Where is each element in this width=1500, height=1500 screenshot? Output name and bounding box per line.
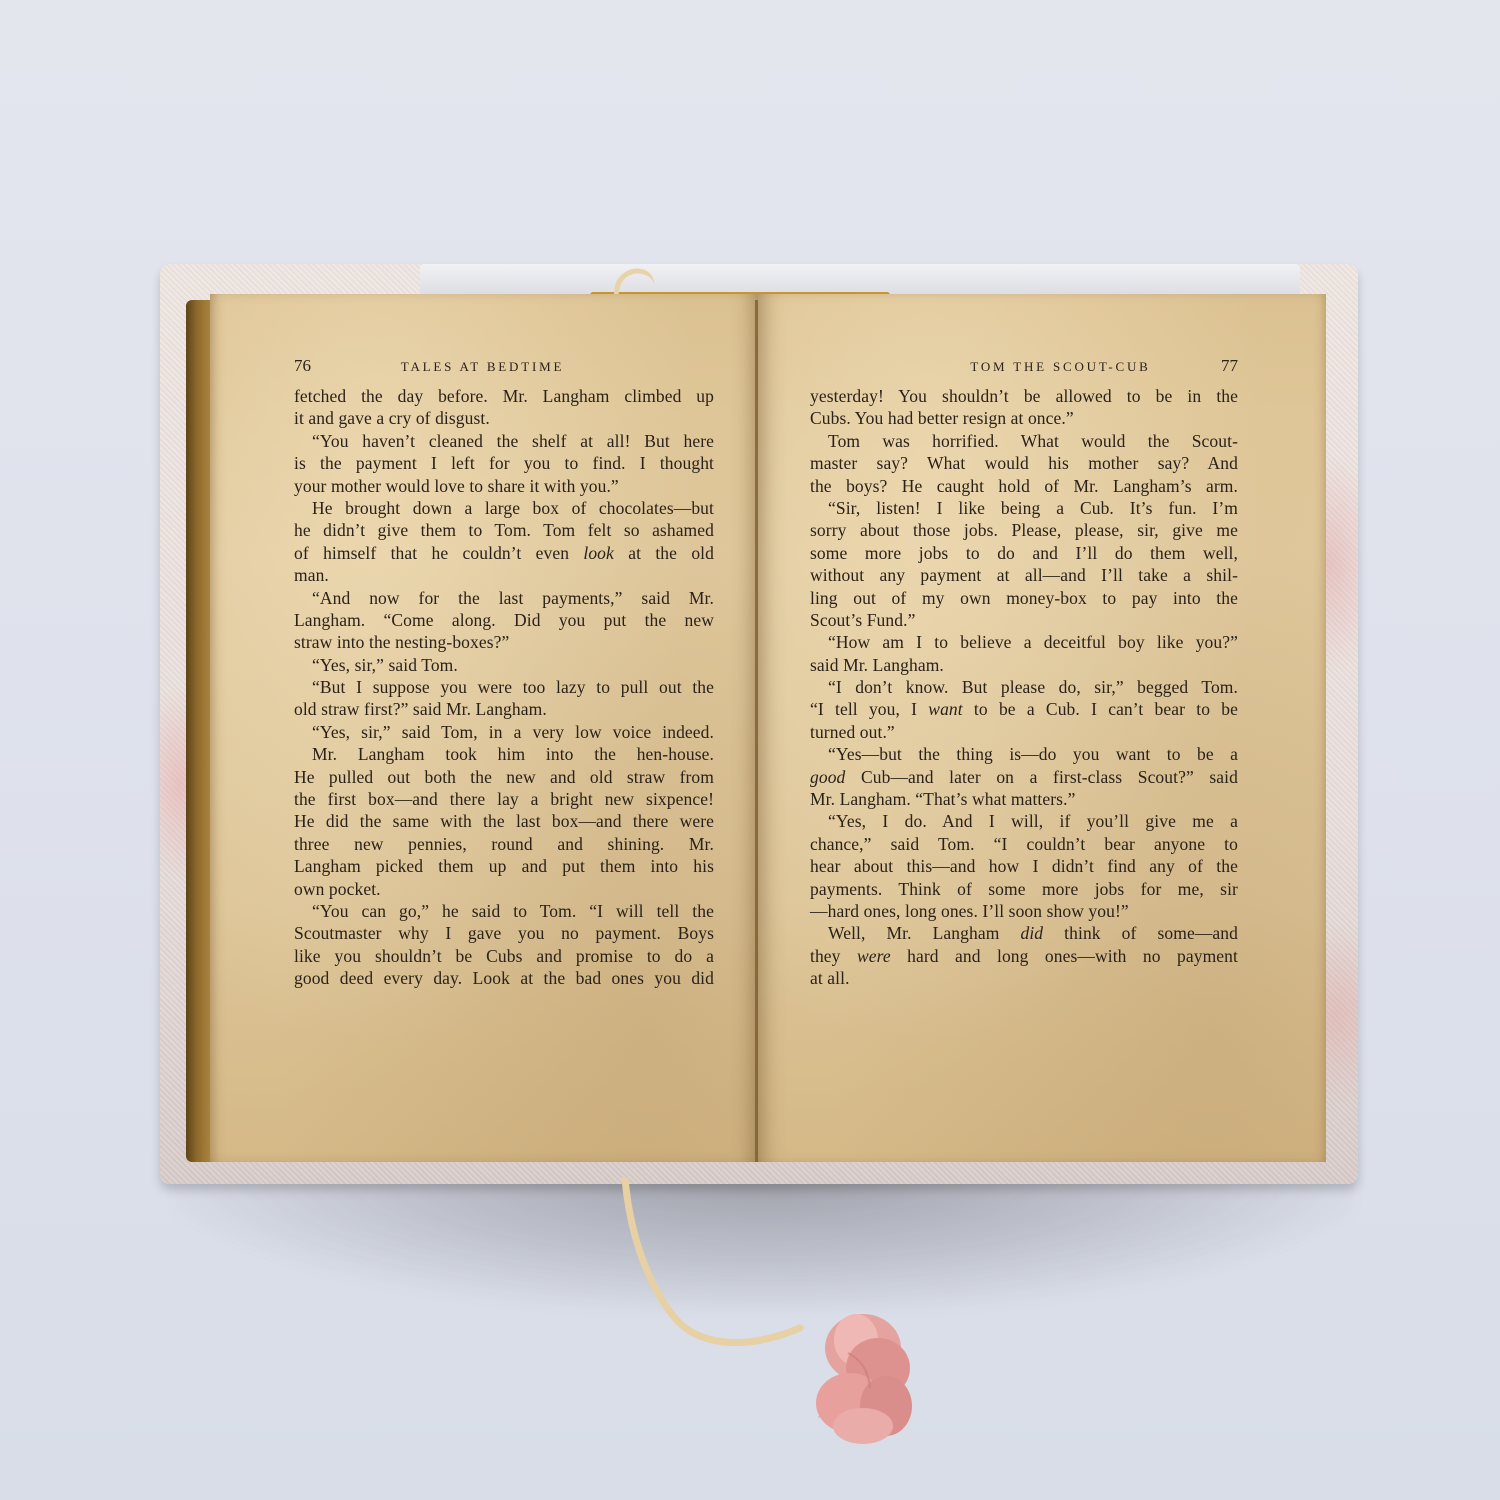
italic-word: want [928, 699, 962, 719]
text-line: old straw first?” said Mr. Langham. [294, 698, 714, 720]
text-line: “Yes, sir,” said Tom, in a very low voic… [294, 721, 714, 743]
text-line: good deed every day. Look at the bad one… [294, 967, 714, 989]
text-line: said Mr. Langham. [810, 654, 1238, 676]
italic-word: good [810, 767, 845, 787]
text-line: of himself that he couldn’t even look at… [294, 542, 714, 564]
text-line: straw into the nesting-boxes?” [294, 631, 714, 653]
text-run: at the old [614, 543, 714, 563]
left-page-lines: fetched the day before. Mr. Langham clim… [294, 385, 714, 990]
text-line: fetched the day before. Mr. Langham clim… [294, 385, 714, 407]
text-line: “How am I to believe a deceitful boy lik… [810, 631, 1238, 653]
right-page-text: TOM THE SCOUT-CUB 77 yesterday! You shou… [810, 355, 1238, 990]
text-line: the boys? He caught hold of Mr. Langham’… [810, 475, 1238, 497]
text-line: some more jobs to do and I’ll do them we… [810, 542, 1238, 564]
text-run: they [810, 946, 857, 966]
text-line: at all. [810, 967, 1238, 989]
text-line: “You haven’t cleaned the shelf at all! B… [294, 430, 714, 452]
text-run: Well, Mr. Langham [828, 923, 1020, 943]
text-line: own pocket. [294, 878, 714, 900]
page-number-left: 76 [294, 355, 311, 377]
text-line: “But I suppose you were too lazy to pull… [294, 676, 714, 698]
text-line: He brought down a large box of chocolate… [294, 497, 714, 519]
text-line: your mother would love to share it with … [294, 475, 714, 497]
text-run: to be a Cub. I can’t bear to be [963, 699, 1238, 719]
book-gutter [755, 300, 758, 1162]
italic-word: look [583, 543, 614, 563]
text-line: yesterday! You shouldn’t be allowed to b… [810, 385, 1238, 407]
text-run: hard and long ones—with no payment [891, 946, 1238, 966]
text-line: hear about this—and how I didn’t find an… [810, 855, 1238, 877]
text-line: Tom was horrified. What would the Scout- [810, 430, 1238, 452]
text-run: think of some—and [1043, 923, 1238, 943]
italic-word: were [857, 946, 891, 966]
text-line: Mr. Langham took him into the hen-house. [294, 743, 714, 765]
text-line: turned out.” [810, 721, 1238, 743]
text-run: of himself that he couldn’t even [294, 543, 583, 563]
text-line: Langham picked them up and put them into… [294, 855, 714, 877]
text-line: it and gave a cry of disgust. [294, 407, 714, 429]
text-line: “I tell you, I want to be a Cub. I can’t… [810, 698, 1238, 720]
text-line: —hard ones, long ones. I’ll soon show yo… [810, 900, 1238, 922]
text-run: Cub—and later on a first-class Scout?” s… [845, 767, 1238, 787]
text-line: “You can go,” he said to Tom. “I will te… [294, 900, 714, 922]
text-line: they were hard and long ones—with no pay… [810, 945, 1238, 967]
text-line: He pulled out both the new and old straw… [294, 766, 714, 788]
running-head-title-right: TOM THE SCOUT-CUB [970, 356, 1150, 378]
text-line: Mr. Langham. “That’s what matters.” [810, 788, 1238, 810]
text-line: good Cub—and later on a first-class Scou… [810, 766, 1238, 788]
running-head-title-left: TALES AT BEDTIME [401, 356, 564, 378]
text-line: “And now for the last payments,” said Mr… [294, 587, 714, 609]
text-line: is the payment I left for you to find. I… [294, 452, 714, 474]
text-line: the first box—and there lay a bright new… [294, 788, 714, 810]
text-line: payments. Think of some more jobs for me… [810, 878, 1238, 900]
text-line: ling out of my own money-box to pay into… [810, 587, 1238, 609]
text-line: Scoutmaster why I gave you no payment. B… [294, 922, 714, 944]
text-line: he didn’t give them to Tom. Tom felt so … [294, 519, 714, 541]
text-line: three new pennies, round and shining. Mr… [294, 833, 714, 855]
left-page-text: 76 TALES AT BEDTIME fetched the day befo… [294, 355, 714, 990]
text-line: Langham. “Come along. Did you put the ne… [294, 609, 714, 631]
text-line: “Yes, I do. And I will, if you’ll give m… [810, 810, 1238, 832]
text-run: “I tell you, I [810, 699, 928, 719]
italic-word: did [1020, 923, 1043, 943]
text-line: without any payment at all—and I’ll take… [810, 564, 1238, 586]
photo-scene: 76 TALES AT BEDTIME fetched the day befo… [0, 0, 1500, 1500]
text-line: “Sir, listen! I like being a Cub. It’s f… [810, 497, 1238, 519]
text-line: “Yes, sir,” said Tom. [294, 654, 714, 676]
left-running-head: 76 TALES AT BEDTIME [294, 355, 714, 385]
text-line: Well, Mr. Langham did think of some—and [810, 922, 1238, 944]
right-page-lines: yesterday! You shouldn’t be allowed to b… [810, 385, 1238, 990]
text-line: like you shouldn’t be Cubs and promise t… [294, 945, 714, 967]
text-line: Cubs. You had better resign at once.” [810, 407, 1238, 429]
text-line: “Yes—but the thing is—do you want to be … [810, 743, 1238, 765]
page-number-right: 77 [1221, 355, 1238, 377]
right-running-head: TOM THE SCOUT-CUB 77 [810, 355, 1238, 385]
text-line: man. [294, 564, 714, 586]
text-line: master say? What would his mother say? A… [810, 452, 1238, 474]
text-line: Scout’s Fund.” [810, 609, 1238, 631]
text-line: chance,” said Tom. “I couldn’t bear anyo… [810, 833, 1238, 855]
fabric-flower-icon [808, 1308, 918, 1448]
text-line: sorry about those jobs. Please, please, … [810, 519, 1238, 541]
text-line: He did the same with the last box—and th… [294, 810, 714, 832]
text-line: “I don’t know. But please do, sir,” begg… [810, 676, 1238, 698]
